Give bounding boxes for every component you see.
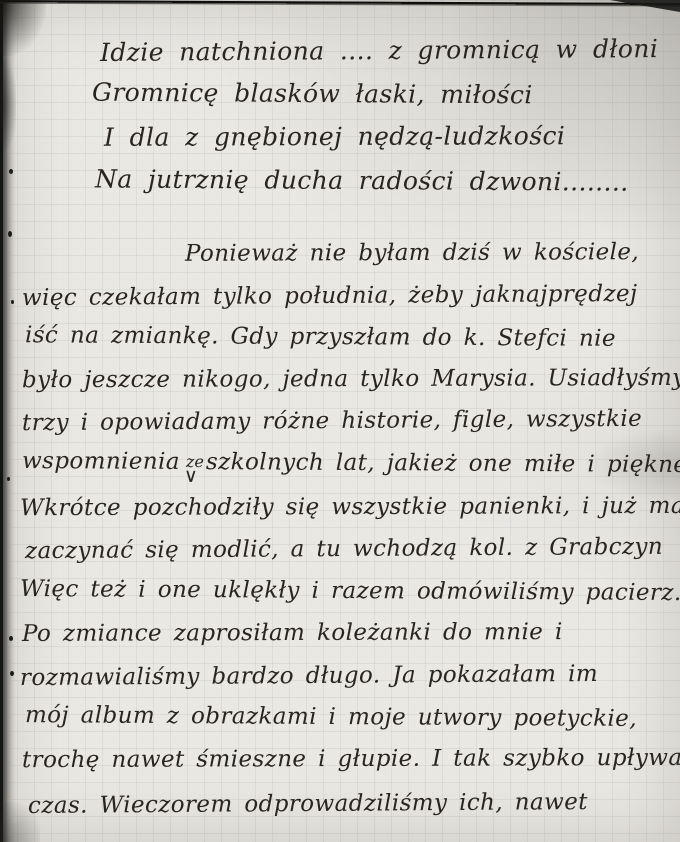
diary-line: mój album z obrazkami i moje utwory poet… xyxy=(25,702,637,732)
poem-line: Gromnicę blasków łaski, miłości xyxy=(92,78,533,110)
poem-line: I dla z gnębionej nędzą-ludzkości xyxy=(104,121,565,152)
poem-line: Idzie natchniona .... z gromnicą w dłoni xyxy=(100,34,658,67)
ink-speck xyxy=(10,671,14,676)
ink-speck xyxy=(8,231,12,237)
diary-line: trochę nawet śmieszne i głupie. I tak sz… xyxy=(22,745,680,773)
ink-speck xyxy=(9,169,13,174)
diary-line: Po zmiance zaprosiłam koleżanki do mnie … xyxy=(22,619,563,647)
ink-speck xyxy=(9,636,13,641)
diary-line-text: wspomnienia xyxy=(22,448,180,475)
ink-speck xyxy=(7,477,10,481)
diary-line: Wkrótce pozchodziły się wszystkie panien… xyxy=(20,493,680,521)
poem-line: Na jutrznię ducha radości dzwoni........ xyxy=(95,164,629,196)
diary-line: Więc też i one uklękły i razem odmówiliś… xyxy=(20,576,680,606)
diary-line: zaczynać się modlić, a tu wchodzą kol. z… xyxy=(25,534,663,564)
diary-line-with-insertion: wspomnienia∨zeszkolnych lat, jakież one … xyxy=(22,448,680,478)
ink-speck xyxy=(11,300,14,304)
diary-line-text: szkolnych lat, jakież one miłe i piękne. xyxy=(206,449,680,478)
diary-line: rozmawialiśmy bardzo długo. Ja pokazałam… xyxy=(20,661,598,691)
gutter-blotch xyxy=(0,60,16,150)
diary-line: trzy i opowiadamy różne historie, figle,… xyxy=(22,406,642,436)
diary-line: czas. Wieczorem odprowadziliśmy ich, naw… xyxy=(28,789,588,819)
diary-line: iść na zmiankę. Gdy przyszłam do k. Stef… xyxy=(25,322,616,352)
page-corner-top-left xyxy=(0,0,46,56)
diary-line: było jeszcze nikogo, jedna tylko Marysia… xyxy=(22,365,680,393)
diary-line: Ponieważ nie byłam dziś w kościele, xyxy=(185,239,639,267)
diary-page: Idzie natchniona .... z gromnicą w dłoni… xyxy=(0,0,680,842)
page-corner-top-right xyxy=(610,0,680,12)
diary-line: więc czekałam tylko południa, żeby jakna… xyxy=(22,281,638,311)
inserted-word: ze xyxy=(186,452,204,471)
